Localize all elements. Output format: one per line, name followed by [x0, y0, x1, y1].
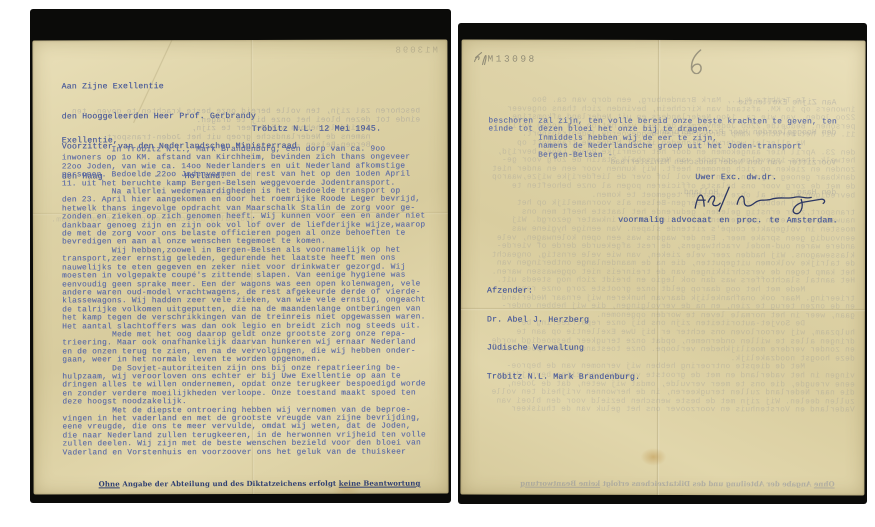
footer-text: Angabe der Abteilung und des Diktatzeich… — [120, 479, 339, 489]
document-scan: M13098 beschoren zal zijn, ten volle ber… — [0, 0, 875, 527]
letter-page-1: M13098 beschoren zal zijn, ten volle ber… — [32, 39, 448, 494]
sender-line: Tröbitz N.L. Mark Brandenburg. — [487, 372, 640, 382]
recipient-line: Aan Zijne Exellentie — [62, 82, 297, 93]
recipient-line: den Hooggeleerden Heer Prof. Gerbrandy — [62, 112, 297, 123]
sender-label: Afzender: — [487, 287, 640, 297]
sender-line: Jüdische Verwaltung — [487, 344, 640, 354]
registry-mark: M13098 — [472, 49, 537, 67]
letter-body-page1: In Tröbitz N.L., Mark Brandenburg, een d… — [62, 146, 426, 458]
bleedthrough-footer-word: Ohne — [814, 479, 835, 488]
registry-squiggle-icon — [472, 49, 488, 67]
letter-page-2: Aan Zijne Exellentie den Hooggeleerden H… — [460, 39, 865, 495]
dateline: Tröbitz N.L. 12 Mei 1945. — [252, 125, 382, 135]
footer-underlined-word: Ohne — [99, 479, 120, 488]
letter-body-page2: beschoren zal zijn, ten volle bereid onz… — [488, 118, 837, 161]
salutation: Exellentie, — [62, 136, 118, 146]
printed-footer: Ohne Angabe der Abteilung und des Diktat… — [79, 478, 441, 488]
paper-stain — [640, 448, 666, 466]
bleedthrough-footer: Ohne Angabe der Abteilung und des Diktat… — [500, 479, 854, 489]
registry-number: M13098 — [488, 53, 537, 64]
bleedthrough-footer-text: Angabe der Abteilung und des Diktatzeich… — [600, 479, 814, 489]
sender-block: Afzender: Dr. Abel J. Herzberg Jüdische … — [487, 268, 641, 401]
footer-underlined-phrase: keine Beantwortung — [339, 479, 421, 488]
closing-line: Uwer Exc. dw.dr. — [695, 173, 777, 183]
bleedthrough-registry-mark: M13098 — [393, 45, 437, 55]
sender-line: Dr. Abel J. Herzberg — [487, 315, 640, 325]
bleedthrough-footer-phrase: keine Beantwortung — [520, 479, 600, 488]
pencil-numeral — [688, 48, 706, 74]
signature-title: voormalig advocaat en proc. te Amsterdam… — [618, 216, 838, 227]
